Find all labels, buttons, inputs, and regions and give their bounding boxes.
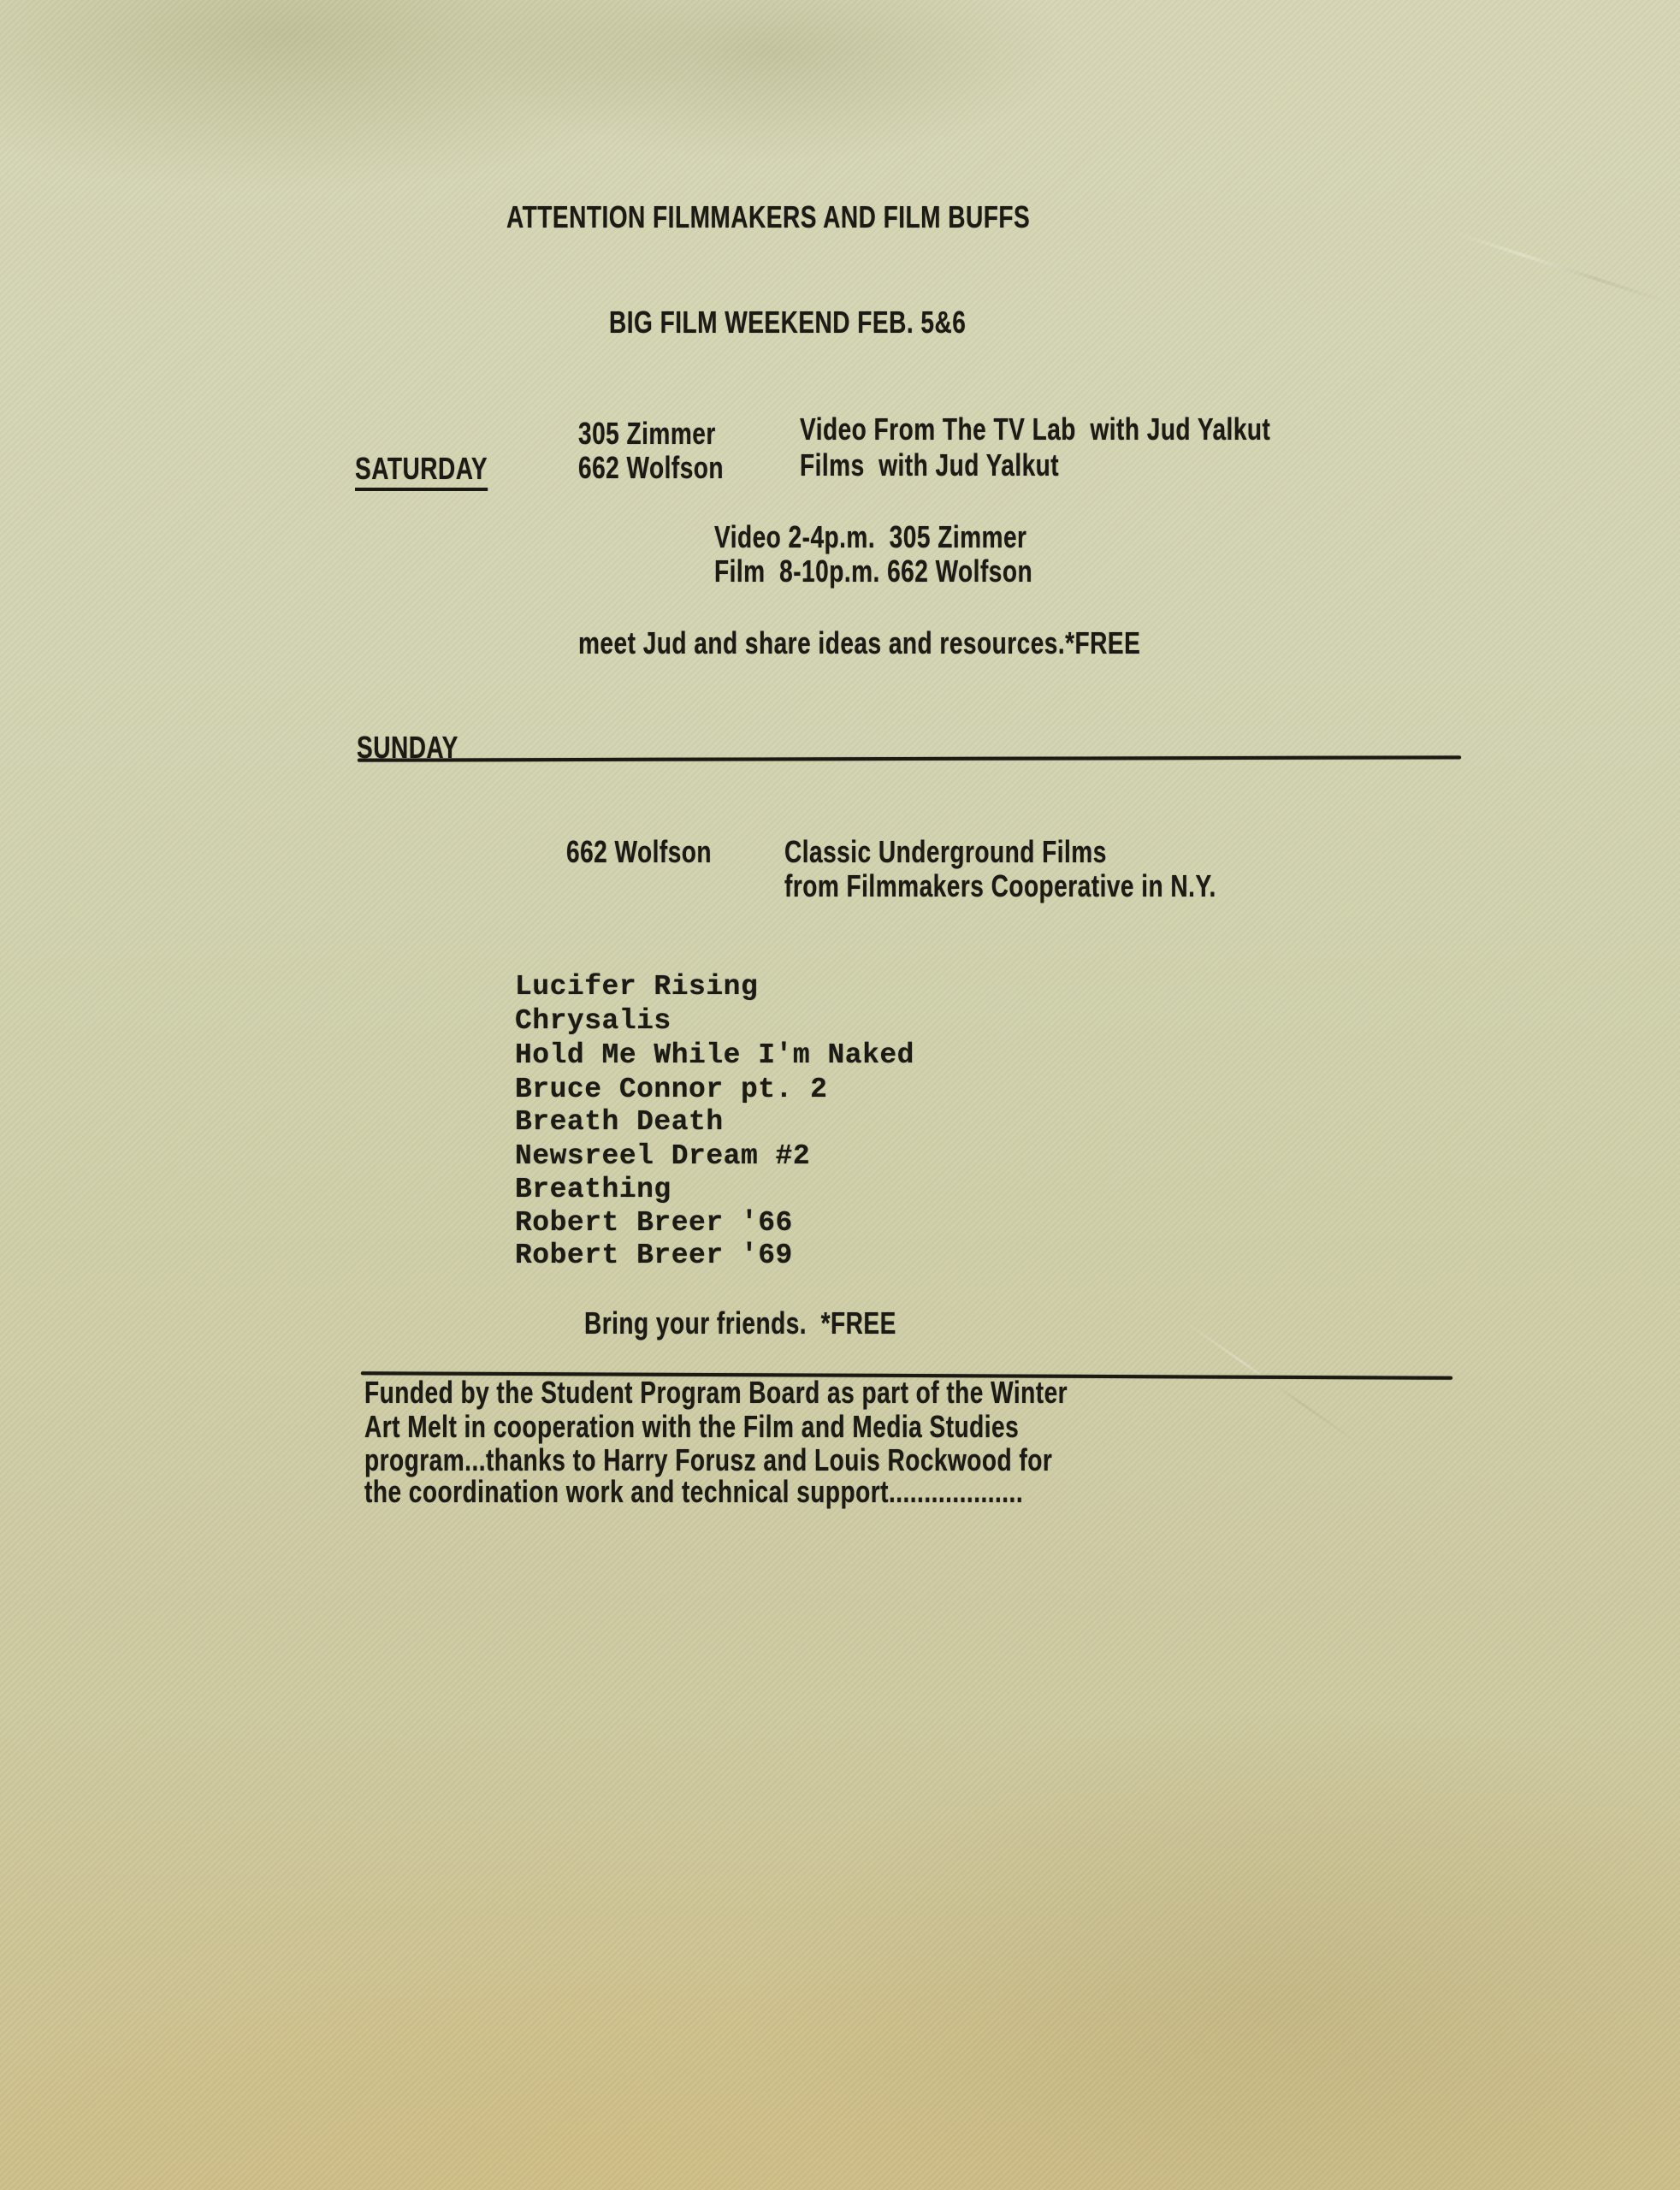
- footer-line: the coordination work and technical supp…: [364, 1475, 1023, 1509]
- saturday-event-description: Video From The TV Lab with Jud Yalkut: [800, 412, 1270, 447]
- flyer-subtitle: BIG FILM WEEKEND FEB. 5&6: [609, 305, 966, 340]
- sunday-program-line: Classic Underground Films: [784, 835, 1107, 869]
- film-list-item: Bruce Connor pt. 2: [515, 1073, 827, 1107]
- flyer-title: ATTENTION FILMMAKERS AND FILM BUFFS: [506, 200, 1030, 234]
- saturday-event-location: 305 Zimmer: [578, 417, 716, 451]
- footer-line: program...thanks to Harry Forusz and Lou…: [364, 1443, 1052, 1477]
- footer-line: Funded by the Student Program Board as p…: [364, 1376, 1068, 1410]
- sunday-program-line: from Filmmakers Cooperative in N.Y.: [784, 869, 1216, 903]
- footer-line: Art Melt in cooperation with the Film an…: [364, 1410, 1019, 1444]
- film-list-item: Robert Breer '69: [515, 1239, 793, 1273]
- film-list-item: Chrysalis: [515, 1004, 671, 1039]
- film-list-item: Breathing: [515, 1173, 671, 1207]
- saturday-event-description: Films with Jud Yalkut: [800, 448, 1059, 482]
- saturday-label: SATURDAY: [355, 452, 488, 491]
- sunday-location: 662 Wolfson: [566, 835, 712, 869]
- sunday-note: Bring your friends. *FREE: [584, 1306, 896, 1341]
- sunday-divider: [358, 755, 1461, 761]
- saturday-note: meet Jud and share ideas and resources.*…: [578, 626, 1140, 660]
- film-list-item: Robert Breer '66: [515, 1206, 793, 1240]
- film-list-item: Hold Me While I'm Naked: [515, 1039, 914, 1073]
- paper-crease: [1453, 231, 1669, 304]
- film-list-item: Lucifer Rising: [515, 970, 758, 1004]
- film-list-item: Breath Death: [515, 1105, 724, 1139]
- saturday-event-location: 662 Wolfson: [578, 451, 724, 485]
- saturday-schedule-line: Video 2-4p.m. 305 Zimmer: [714, 520, 1026, 554]
- film-list-item: Newsreel Dream #2: [515, 1139, 810, 1174]
- paper-crease: [1180, 1317, 1364, 1447]
- saturday-schedule-line: Film 8-10p.m. 662 Wolfson: [714, 554, 1032, 589]
